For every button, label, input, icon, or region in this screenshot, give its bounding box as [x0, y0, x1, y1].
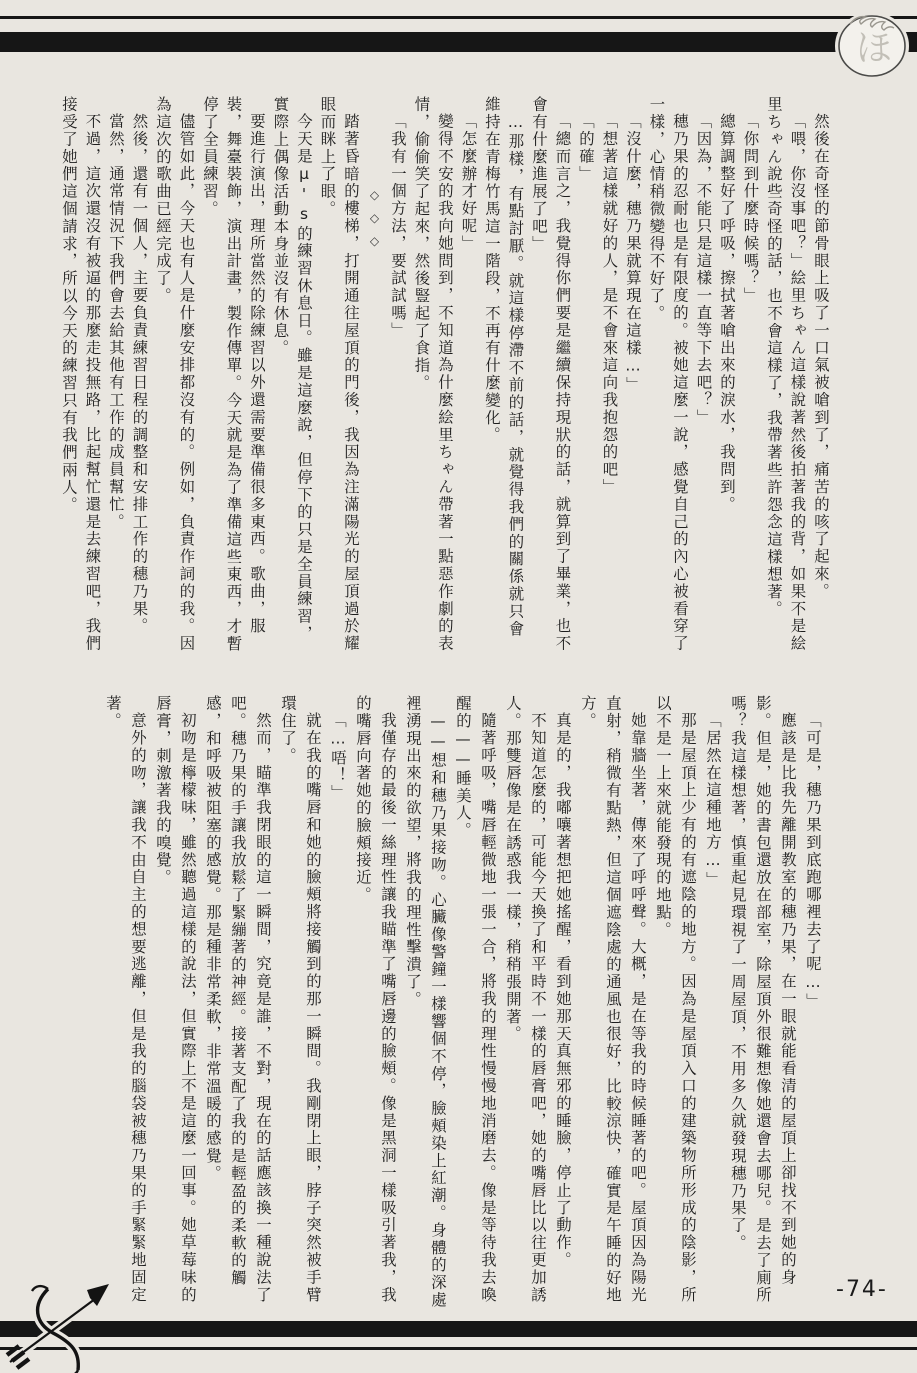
story-paragraph: 然後在奇怪的節骨眼上吸了一口氣被嗆到了，痛苦的咳了起來。 — [809, 96, 833, 654]
story-text-upper-block: 然後在奇怪的節骨眼上吸了一口氣被嗆到了，痛苦的咳了起來。「喂，你沒事吧？」絵里ち… — [56, 96, 832, 654]
story-paragraph: 今天是μ's的練習休息日。雖是這麼說，但停下的只是全員練習，實際上偶像活動本身並… — [268, 96, 315, 654]
top-thin-rule — [0, 16, 917, 19]
story-paragraph: 「想著這樣就好的人，是不會來這向我抱怨的吧」 — [597, 96, 621, 654]
story-paragraph: 「可是，穗乃果到底跑哪裡去了呢…」 — [800, 695, 825, 1311]
story-paragraph: 「喂，你沒事吧？」絵里ちゃん這樣說著然後拍著我的背，如果不是絵里ちゃん說些奇怪的… — [762, 96, 809, 654]
story-paragraph: 應該是比我先離開教室的穗乃果，在一眼就能看清的屋頂上卻找不到她的身影。但是，她的… — [725, 695, 800, 1311]
story-paragraph: 總算調整好了呼吸，擦拭著嗆出來的淚水，我問到。 — [715, 96, 739, 654]
story-paragraph: 儘管如此，今天也有人是什麼安排都沒有的。例如，負責作詞的我。因為這次的歌曲已經完… — [151, 96, 198, 654]
scene-divider: ◇◇◇ — [362, 96, 386, 654]
circled-ho-stamp-icon: ほ — [834, 10, 910, 86]
story-paragraph: 穗乃果的忍耐也是有限度的。被她這麼一說，感覺自己的內心被看穿了一樣，心情稍微變得… — [644, 96, 691, 654]
story-paragraph: 隨著呼吸，嘴唇輕微地一張一合，將我的理性慢慢地消磨去。像是等待我去喚醒的——睡美… — [450, 695, 500, 1311]
story-paragraph: 意外的吻，讓我不由自主的想要逃離，但是我的腦袋被穗乃果的手緊緊地固定著。 — [100, 695, 150, 1311]
story-paragraph: 變得不安的我向她問到，不知道為什麼絵里ちゃん帶著一點惡作劇的表情，偷偷笑了起來，… — [409, 96, 456, 654]
story-paragraph: 踏著昏暗的樓梯，打開通往屋頂的門後，我因為注滿陽光的屋頂過於耀眼而眯上了眼。 — [315, 96, 362, 654]
story-paragraph: 「我有一個方法，要試試嗎」 — [386, 96, 410, 654]
bottom-thick-bar — [0, 1321, 917, 1337]
story-paragraph: 「怎麼辦才好呢」 — [456, 96, 480, 654]
story-paragraph: 就在我的嘴唇和她的臉頰將接觸到的那一瞬間。我剛閉上眼，脖子突然被手臂環住了。 — [275, 695, 325, 1311]
story-paragraph: 我僅存的最後一絲理性讓我瞄準了嘴唇邊的臉頰。像是黑洞一樣吸引著我，我的嘴唇向著她… — [350, 695, 400, 1311]
story-paragraph: 「因為，不能只是這樣一直等下去吧？」 — [691, 96, 715, 654]
story-paragraph: 真是的，我嘟嚷著想把她搖醒，看到她那天真無邪的睡臉，停止了動作。 — [550, 695, 575, 1311]
story-paragraph: 「沒什麼，穗乃果就算現在這樣…」 — [621, 96, 645, 654]
stamp-character: ほ — [856, 28, 892, 69]
story-paragraph: 不知道怎麼的，可能今天換了和平時不一樣的唇膏吧，她的嘴唇比以往更加誘人。那雙唇像… — [500, 695, 550, 1311]
story-paragraph: 「總而言之，我覺得你們要是繼續保持現狀的話，就算到了畢業，也不會有什麼進展了吧」 — [527, 96, 574, 654]
story-paragraph: …那樣，有點討厭。就這樣停滯不前的話，就覺得我們的關係就只會維持在青梅竹馬這一階… — [480, 96, 527, 654]
story-paragraph: 「的確」 — [574, 96, 598, 654]
story-paragraph: 不過，這次還沒有被逼的那麼走投無路，比起幫忙還是去練習吧，我們接受了她們這個請求… — [57, 96, 104, 654]
page-number: -74- — [836, 1277, 888, 1302]
story-paragraph: 「…唔！」 — [325, 695, 350, 1311]
story-paragraph: 然而，瞄準我閉眼的這一瞬間，究竟是誰，不對，現在的話應該換一種說法了吧。穗乃果的… — [200, 695, 275, 1311]
story-paragraph: 然後，還有一個人，主要負責練習日程的調整和安排工作的穗乃果。 — [127, 96, 151, 654]
top-thick-bar — [0, 32, 917, 52]
bottom-thin-rule — [0, 1347, 917, 1350]
story-paragraph: 初吻是檸檬味，雖然聽過這樣的說法，但實際上不是這麼一回事。她草莓味的唇膏，刺激著… — [150, 695, 200, 1311]
story-paragraph: 要進行演出，理所當然的除練習以外還需要準備很多東西。歌曲，服裝，舞臺裝飾，演出計… — [198, 96, 269, 654]
story-paragraph: 「你問到什麼時候嗎？」 — [738, 96, 762, 654]
story-paragraph: 她靠牆坐著，傳來了呼呼聲。大概，是在等我的時候睡著的吧。屋頂因為陽光直射，稍微有… — [575, 695, 650, 1311]
story-paragraph: ——想和穗乃果接吻。心臟像警鐘一樣響個不停，臉頰染上紅潮。身體的深處裡湧現出來的… — [400, 695, 450, 1311]
story-text-lower-block: 「可是，穗乃果到底跑哪裡去了呢…」應該是比我先離開教室的穗乃果，在一眼就能看清的… — [55, 695, 825, 1311]
story-paragraph: 「居然在這種地方…」 — [700, 695, 725, 1311]
story-paragraph: 當然，通常情況下我們會去給其他有工作的成員幫忙。 — [104, 96, 128, 654]
story-paragraph: 那是屋頂上少有的有遮陰的地方。因為是屋頂入口的建築物所形成的陰影，所以不是一上來… — [650, 695, 700, 1311]
bow-and-arrow-icon — [2, 1282, 114, 1373]
